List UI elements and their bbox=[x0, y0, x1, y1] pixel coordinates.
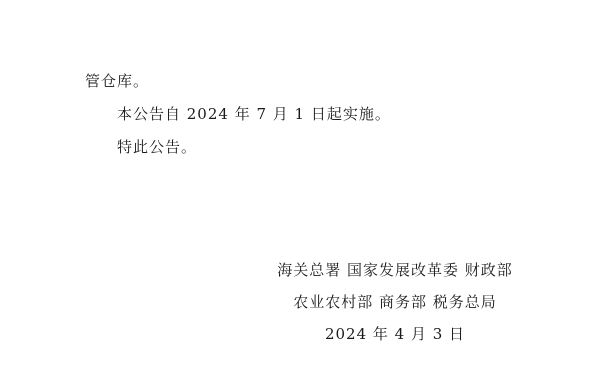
document-page: 管仓库。 本公告自 2024 年 7 月 1 日起实施。 特此公告。 海关总署 … bbox=[0, 0, 605, 382]
issue-date: 2024 年 4 月 3 日 bbox=[250, 324, 540, 344]
issuing-authorities-line-2: 农业农村部 商务部 税务总局 bbox=[250, 292, 540, 312]
body-text-line: 管仓库。 bbox=[85, 71, 149, 91]
issuing-authorities-line-1: 海关总署 国家发展改革委 财政部 bbox=[250, 260, 540, 280]
closing-statement: 特此公告。 bbox=[117, 137, 197, 157]
effective-date-statement: 本公告自 2024 年 7 月 1 日起实施。 bbox=[117, 104, 391, 124]
